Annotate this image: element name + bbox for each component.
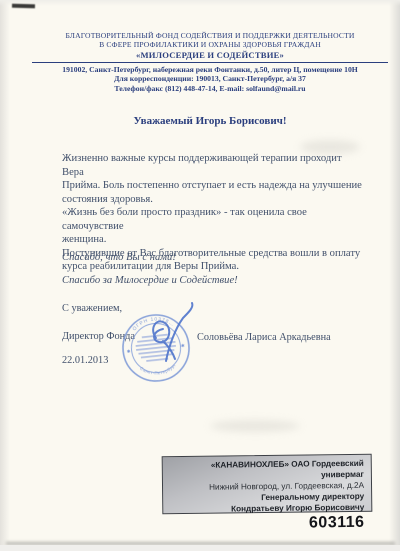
closing-phrase: С уважением, bbox=[62, 303, 122, 314]
letter-date: 22.01.2013 bbox=[62, 355, 108, 366]
scan-corner-mark bbox=[12, 4, 35, 8]
salutation: Уважаемый Игорь Борисович! bbox=[60, 115, 360, 127]
postal-code: 603116 bbox=[170, 514, 364, 533]
recipient-company: «КАНАВИНОХЛЕБ» ОАО Гордеевский универмаг bbox=[170, 458, 364, 482]
stamp-star-left: ✱ bbox=[126, 349, 131, 354]
body-line: Прийма. Боль постепенно отступает и есть… bbox=[62, 179, 362, 193]
scan-smudge bbox=[210, 420, 300, 432]
handwritten-signature bbox=[132, 296, 214, 370]
org-correspondence-line: Для корреспонденции: 190013, Санкт-Петер… bbox=[24, 74, 396, 83]
org-name-line1: БЛАГОТВОРИТЕЛЬНЫЙ ФОНД СОДЕЙСТВИЯ И ПОДД… bbox=[24, 31, 396, 40]
body-line: женщина. bbox=[62, 233, 362, 247]
recipient-address-label: «КАНАВИНОХЛЕБ» ОАО Гордеевский универмаг… bbox=[162, 454, 373, 515]
scanned-letter-page: БЛАГОТВОРИТЕЛЬНЫЙ ФОНД СОДЕЙСТВИЯ И ПОДД… bbox=[0, 0, 400, 551]
org-name-line2: В СФЕРЕ ПРОФИЛАКТИКИ И ОХРАНЫ ЗДОРОВЬЯ Г… bbox=[24, 40, 396, 49]
thanks-line-1: Спасибо, что Вы с нами! bbox=[62, 252, 176, 263]
scan-edge-bottom bbox=[0, 545, 400, 551]
letterhead: БЛАГОТВОРИТЕЛЬНЫЙ ФОНД СОДЕЙСТВИЯ И ПОДД… bbox=[24, 31, 396, 60]
letterhead-divider bbox=[32, 62, 388, 63]
org-name-line3: «МИЛОСЕРДИЕ И СОДЕЙСТВИЕ» bbox=[24, 50, 396, 60]
org-address-line: 191002, Санкт-Петербург, набережная реки… bbox=[24, 65, 396, 74]
body-line: Жизненно важные курсы поддерживающей тер… bbox=[62, 152, 362, 179]
body-line: «Жизнь без боли просто праздник» - так о… bbox=[62, 206, 362, 233]
signer-name: Соловьёва Лариса Аркадьевна bbox=[197, 332, 331, 343]
body-line: состояния здоровья. bbox=[62, 193, 362, 207]
scan-edge-left bbox=[0, 0, 10, 551]
scan-edge-top bbox=[0, 0, 400, 6]
letterhead-contacts: 191002, Санкт-Петербург, набережная реки… bbox=[24, 65, 396, 93]
org-phone-email-line: Телефон/факс (812) 448-47-14, E-mail: so… bbox=[24, 84, 396, 93]
thanks-line-2: Спасибо за Милосердие и Содействие! bbox=[62, 275, 238, 286]
